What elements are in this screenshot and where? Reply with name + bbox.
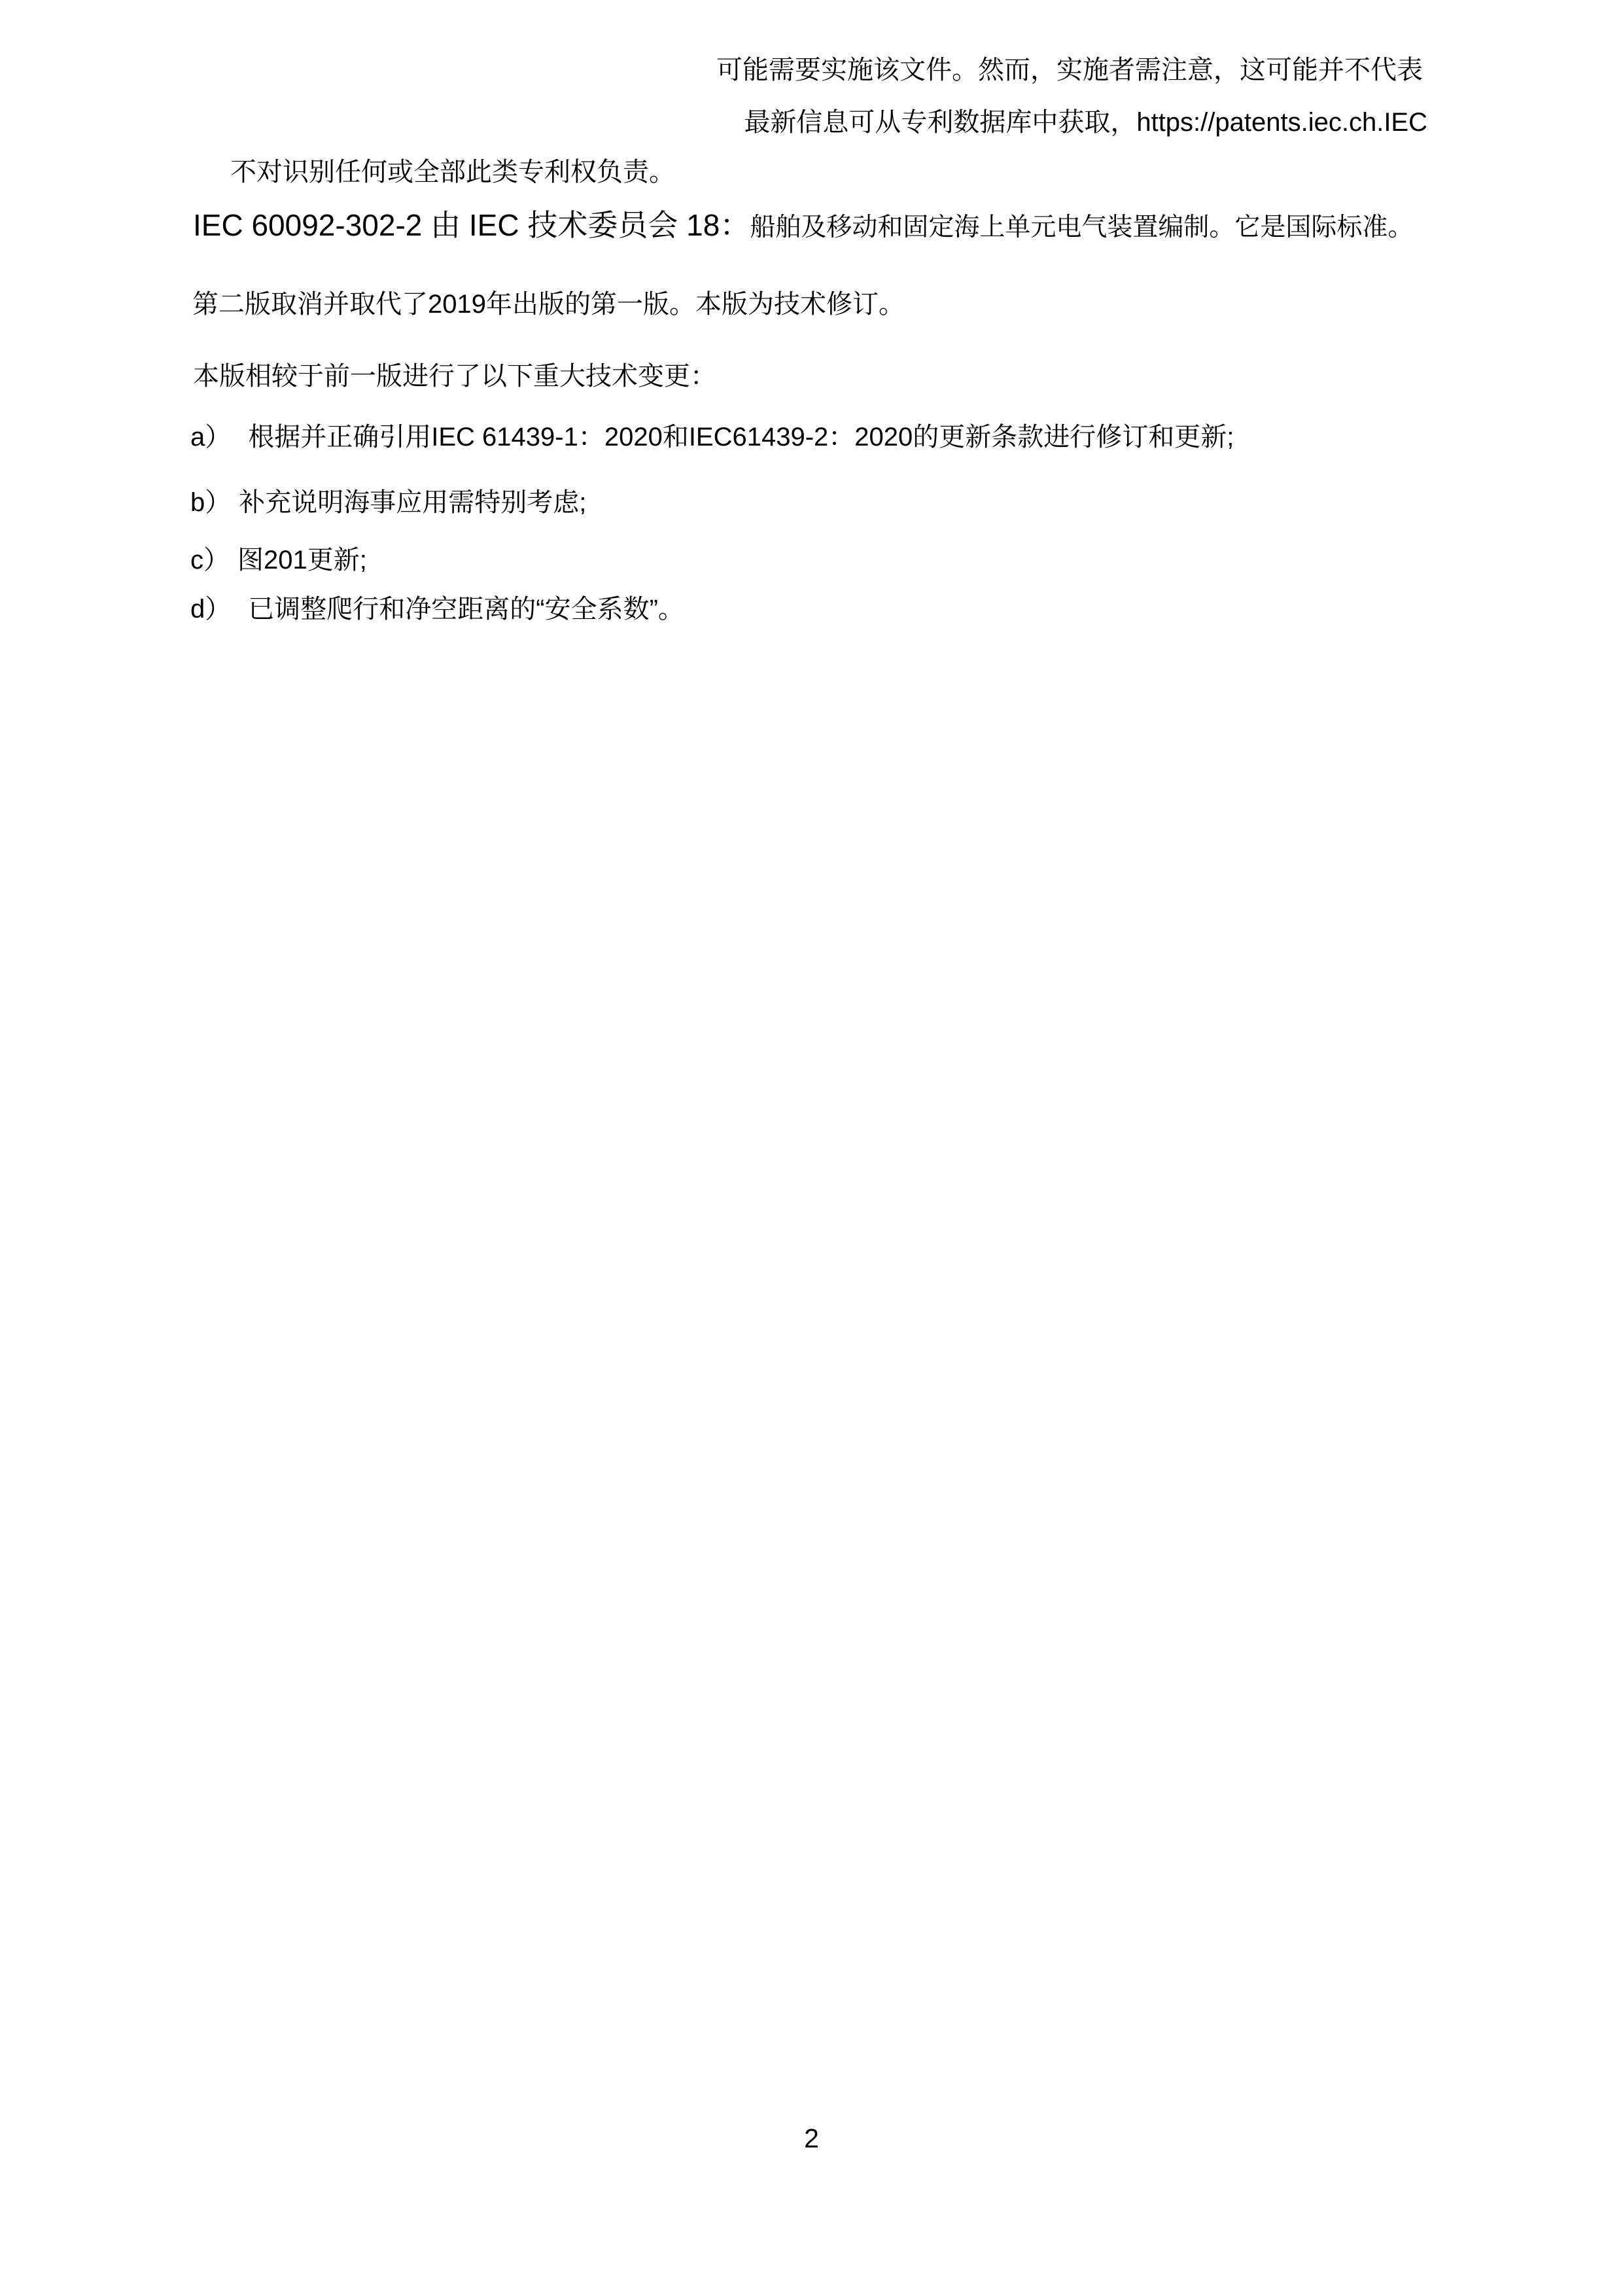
change-item-d-marker: d） (190, 594, 231, 624)
change-item-c: c） 图201更新; (190, 545, 367, 575)
committee-paragraph: IEC 60092-302-2 由 IEC 技术委员会 18：船舶及移动和固定海… (193, 208, 1413, 243)
changes-intro: 本版相较于前一版进行了以下重大技术变更： (193, 361, 716, 391)
committee-paragraph-lead: IEC 60092-302-2 由 IEC 技术委员会 18： (193, 208, 750, 242)
edition-note: 第二版取消并取代了2019年出版的第一版。本版为技术修订。 (192, 289, 905, 319)
patent-note-line-2-text: 最新信息可从专利数据库中获取， (744, 108, 1136, 137)
change-item-b: b） 补充说明海事应用需特别考虑; (190, 487, 586, 518)
document-page: 可能需要实施该文件。然而，实施者需注意，这可能并不代表 最新信息可从专利数据库中… (0, 0, 1623, 2296)
change-item-a-marker: a） (190, 422, 231, 452)
patent-note-line-3: 不对识别任何或全部此类专利权负责。 (230, 157, 675, 187)
change-item-b-text: 补充说明海事应用需特别考虑; (239, 487, 586, 518)
change-item-d-text: 已调整爬行和净空距离的“安全系数”。 (248, 594, 684, 624)
change-item-b-marker: b） (190, 487, 231, 518)
patents-url-text: https://patents.iec.ch.IEC (1136, 108, 1427, 137)
change-item-c-text: 图201更新; (237, 545, 367, 575)
change-item-a-text: 根据并正确引用IEC 61439-1：2020和IEC61439-2：2020的… (248, 422, 1234, 452)
page-number: 2 (0, 2125, 1623, 2152)
change-item-c-marker: c） (190, 545, 230, 575)
committee-paragraph-rest: 船舶及移动和固定海上单元电气装置编制。它是国际标准。 (750, 213, 1413, 241)
change-item-a: a） 根据并正确引用IEC 61439-1：2020和IEC61439-2：20… (190, 422, 1234, 452)
patent-note-line-1: 可能需要实施该文件。然而，实施者需注意，这可能并不代表 (716, 55, 1423, 85)
patent-note-line-2: 最新信息可从专利数据库中获取，https://patents.iec.ch.IE… (744, 107, 1427, 137)
change-item-d: d） 已调整爬行和净空距离的“安全系数”。 (190, 594, 684, 624)
